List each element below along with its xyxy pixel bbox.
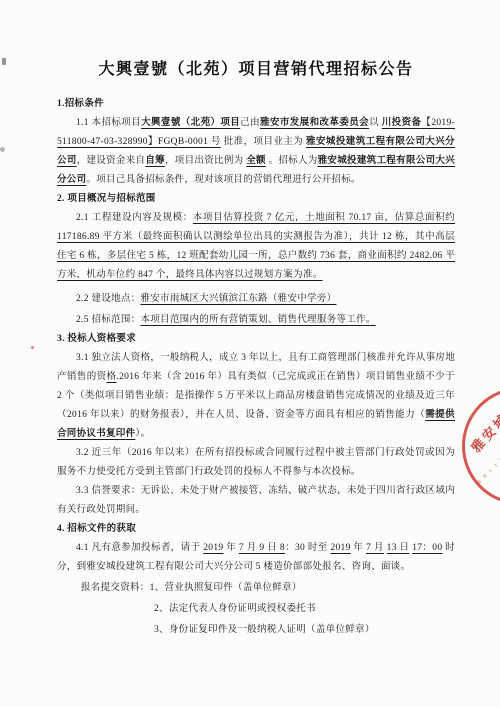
section-2-heading: 2. 项目概况与招标范围 [57, 190, 455, 209]
text-segment: 7 月 [366, 543, 384, 553]
text-segment: 自筹 [145, 156, 165, 166]
section-4-heading: 4. 招标文件的获取 [57, 520, 455, 539]
text-segment: 2.5 招标范围： [76, 315, 140, 325]
text-segment: 2019 [330, 543, 350, 553]
paragraph-3-1: 3.1 独立法人资格，一般纳税人，成立 3 年以上，且有工商管理部门核准并允许从… [57, 349, 455, 444]
text-segment: 川投资备 [382, 118, 422, 128]
text-segment: 3. 投标人资格要求 [57, 334, 136, 344]
submission-item-2: 2、法定代表人身份证明或授权委托书 [57, 600, 455, 619]
text-segment: 1.招标条件 [57, 99, 104, 109]
text-segment: 本项目范围内的所有营销策划、销售代理服务等工作。 [140, 315, 375, 325]
text-segment: 全额 [246, 156, 266, 166]
text-segment: 2、法定代表人身份证明或授权委托书 [154, 604, 316, 614]
text-segment: 7 月 9 日 8 [239, 543, 285, 553]
text-segment: 年 [223, 543, 238, 553]
text-segment: .2016 年来（含 2016 年）具有类似（己完成或正在销售）项目销售业绩不少… [57, 372, 455, 420]
text-segment: 雅安市雨城区大兴镇滨江东路（雅安中学旁） [140, 294, 336, 304]
text-segment: 13 日 [387, 543, 410, 553]
paragraph-4-1: 4.1 凡有意参加投标者，请于 2019 年 7 月 9 日 8：30 时至 2… [57, 539, 455, 577]
seal-text: 雅安城投建设 [466, 373, 500, 456]
paragraph-2-2: 2.2 建设地点：雅安市雨城区大兴镇滨江东路（雅安中学旁） [57, 290, 455, 309]
submission-item-3: 3、身份证复印件及一般纳税人证明（盖单位鲜章） [57, 621, 455, 640]
submission-materials-label: 报名提交资料：1、营业执照复印件（盖单位鲜章） [57, 579, 455, 598]
paragraph-3-3: 3.3 信誉要求：无诉讼、未处于财产被接管、冻结、破产状态，未处于四川省行政区域… [57, 482, 455, 520]
document-title: 大興壹號（北苑）项目营销代理招标公告 [57, 56, 455, 79]
text-segment: 年 [351, 543, 366, 553]
text-segment: 雅安市发展和改革委员会 [260, 118, 369, 128]
text-segment: 2.1 工程建设内容及规模： [76, 213, 193, 223]
section-1-heading: 1.招标条件 [57, 95, 455, 114]
paragraph-2-1: 2.1 工程建设内容及规模：本项目估算投资 7 亿元，土地面积 70.17 亩，… [57, 209, 455, 285]
text-segment: 己由 [240, 118, 260, 128]
text-segment: 3.3 信誉要求：无诉讼、未处于财产被接管、冻结、破产状态，未处于四川省行政区域… [57, 486, 455, 515]
text-segment: ，项目出资比例为 [165, 156, 246, 166]
text-segment: ）。 [135, 429, 150, 439]
text-segment: 2.2 建设地点： [76, 294, 140, 304]
scan-speck [0, 147, 5, 152]
text-segment: 大興壹號（北苑）项目 [141, 118, 240, 128]
text-segment: 4.1 凡有意参加投标者，请于 [76, 543, 203, 553]
text-segment: 本项目估算投资 7 亿元，土地面积 70.17 亩，估算总面积约 117186.… [57, 213, 455, 280]
text-segment: 3.2 近三年（2016 年以来）在所有招投标或合同履行过程中被主管部门行政处罚… [57, 448, 455, 477]
text-segment: 3、身份证复印件及一般纳税人证明（盖单位鲜章） [154, 625, 375, 635]
paragraph-3-2: 3.2 近三年（2016 年以来）在所有招投标或合同履行过程中被主管部门行政处罚… [57, 444, 455, 482]
section-3-heading: 3. 投标人资格要求 [57, 330, 455, 349]
document-body: 大興壹號（北苑）项目营销代理招标公告 1.招标条件 1.1 本招标项目大興壹號（… [57, 56, 455, 640]
text-segment: 2. 项目概况与招标范围 [57, 194, 156, 204]
text-segment: ，建设资金来自 [77, 156, 146, 166]
scan-speck [2, 58, 6, 65]
paragraph-1-1: 1.1 本招标项目大興壹號（北苑）项目己由雅安市发展和改革委员会以 川投资备【2… [57, 114, 455, 190]
text-segment: 格 [107, 372, 117, 382]
text-segment: 1.1 本招标项目 [76, 118, 141, 128]
scanned-document-page: 大興壹號（北苑）项目营销代理招标公告 1.招标条件 1.1 本招标项目大興壹號（… [0, 0, 500, 707]
text-segment: 。项目己具备招标条件，现对该项目的营销代理进行公开招标。 [86, 175, 360, 185]
text-segment: ：30 时至 [285, 543, 330, 553]
text-segment: 以 [369, 118, 382, 128]
text-segment: 批准，项目业主为 [221, 137, 306, 147]
text-segment: 报名提交资料：1、营业执照复印件（盖单位鲜章） [81, 583, 302, 593]
scan-speck [31, 346, 34, 349]
seal-serial-number: 0 8 1 1 0 [478, 456, 500, 485]
text-segment: 2019 [203, 543, 223, 553]
text-segment: 4. 招标文件的获取 [57, 524, 136, 534]
text-segment: 。招标人为 [266, 156, 318, 166]
paragraph-2-5: 2.5 招标范围：本项目范围内的所有营销策划、销售代理服务等工作。 [57, 311, 455, 330]
official-red-seal: 雅安城投建设 0 8 1 1 0 [462, 387, 500, 505]
text-segment: 17：00 [412, 543, 442, 553]
